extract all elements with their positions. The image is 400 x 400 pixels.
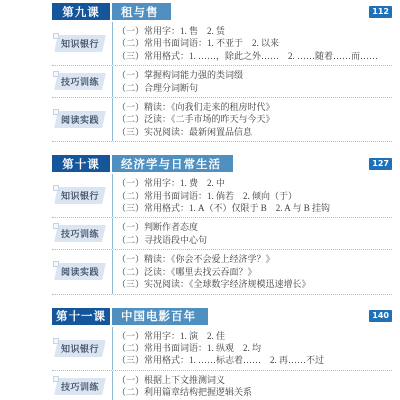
section-label-text: 阅读实践 <box>61 115 99 125</box>
label-corner-square-icon <box>53 185 59 191</box>
content-line: （二）泛读：《二手市场的昨天与今天》 <box>117 113 392 125</box>
lesson-number-tab: 第十课 <box>52 155 110 172</box>
section-label-column: 知识银行 <box>52 174 112 217</box>
lesson-header: 第九课租与售112 <box>52 3 392 20</box>
page-number-badge: 140 <box>369 310 392 322</box>
section-row: 阅读实践（一）精读：《你会不会爱上经济学？》（二）泛读：《哪里去找云吞面？》（三… <box>52 250 392 293</box>
section-label-text: 知识银行 <box>61 39 99 49</box>
lesson-title: 中国电影百年 <box>112 308 208 325</box>
section-row: 技巧训练（一）掌握构词能力强的类词缀（二）合理分词断句 <box>52 66 392 97</box>
content-line: （二）泛读：《哪里去找云吞面？》 <box>117 266 392 278</box>
content-line: （一）常用字：1. 费 2. 中 <box>117 177 392 189</box>
lesson-body: 知识银行（一）常用字：1. 演 2. 佳（二）常用书面词语：1. 纵观 2. 均… <box>52 327 392 400</box>
section-row: 技巧训练（一）判断作者态度（二）寻找语段中心句 <box>52 218 392 249</box>
content-line: （二）寻找语段中心句 <box>117 234 392 246</box>
section-label-text: 技巧训练 <box>61 77 99 87</box>
content-line: （一）常用字：1. 演 2. 佳 <box>117 330 392 342</box>
page-number-badge: 127 <box>369 158 392 170</box>
content-line: （一）常用字：1. 售 2. 赁 <box>117 25 392 37</box>
section-content: （一）常用字：1. 售 2. 赁（二）常用书面词语：1. 不亚于 2. 以来（三… <box>112 22 392 65</box>
section-label: 技巧训练 <box>56 378 104 395</box>
section-row: 阅读实践（一）精读：《向我们走来的租房时代》（二）泛读：《二手市场的昨天与今天》… <box>52 98 392 141</box>
lesson-header: 第十课经济学与日常生活127 <box>52 155 392 172</box>
section-content: （一）判断作者态度（二）寻找语段中心句 <box>112 218 392 249</box>
section-content: （一）常用字：1. 费 2. 中（二）常用书面词语：1. 倘若 2. 倾向（于）… <box>112 174 392 217</box>
lesson-header: 第十一课中国电影百年140 <box>52 308 392 325</box>
label-corner-square-icon <box>53 223 59 229</box>
lesson-title: 经济学与日常生活 <box>112 155 233 172</box>
content-line: （一）精读：《向我们走来的租房时代》 <box>117 101 392 113</box>
section-label: 阅读实践 <box>56 263 104 280</box>
section-label: 阅读实践 <box>56 111 104 128</box>
lesson-block: 第九课租与售112知识银行（一）常用字：1. 售 2. 赁（二）常用书面词语：1… <box>52 3 392 142</box>
label-corner-square-icon <box>53 33 59 39</box>
section-label: 知识银行 <box>56 340 104 357</box>
section-label: 知识银行 <box>56 35 104 52</box>
page-number-badge: 112 <box>369 6 392 18</box>
section-label-text: 阅读实践 <box>61 267 99 277</box>
label-corner-square-icon <box>53 261 59 267</box>
section-content: （一）精读：《向我们走来的租房时代》（二）泛读：《二手市场的昨天与今天》（三）实… <box>112 98 392 141</box>
content-line: （一）根据上下文推测词义 <box>117 374 392 386</box>
section-label-column: 知识银行 <box>52 22 112 65</box>
content-line: （三）常用格式：1. ……标志着…… 2. 再……不过 <box>117 354 392 366</box>
dotted-separator <box>52 141 392 142</box>
section-row: 技巧训练（一）根据上下文推测词义（二）利用篇章结构把握逻辑关系 <box>52 371 392 400</box>
section-label-text: 知识银行 <box>61 191 99 201</box>
lesson-block: 第十课经济学与日常生活127知识银行（一）常用字：1. 费 2. 中（二）常用书… <box>52 155 392 294</box>
section-content: （一）掌握构词能力强的类词缀（二）合理分词断句 <box>112 66 392 97</box>
section-label-column: 技巧训练 <box>52 371 112 400</box>
content-line: （二）利用篇章结构把握逻辑关系 <box>117 386 392 398</box>
dotted-separator <box>52 294 392 295</box>
label-corner-square-icon <box>53 376 59 382</box>
lesson-number-tab: 第十一课 <box>52 308 110 325</box>
label-corner-square-icon <box>53 109 59 115</box>
content-line: （一）精读：《你会不会爱上经济学？》 <box>117 253 392 265</box>
section-row: 知识银行（一）常用字：1. 演 2. 佳（二）常用书面词语：1. 纵观 2. 均… <box>52 327 392 370</box>
content-line: （三）实况阅读：《全球数字经济规模迅速增长》 <box>117 278 392 290</box>
section-label: 技巧训练 <box>56 73 104 90</box>
lesson-title: 租与售 <box>112 3 171 20</box>
section-label-column: 阅读实践 <box>52 98 112 141</box>
content-line: （三）实况阅读：最新闲置品信息 <box>117 126 392 138</box>
lesson-body: 知识银行（一）常用字：1. 售 2. 赁（二）常用书面词语：1. 不亚于 2. … <box>52 22 392 142</box>
content-line: （一）掌握构词能力强的类词缀 <box>117 69 392 81</box>
section-label-column: 技巧训练 <box>52 218 112 249</box>
section-content: （一）精读：《你会不会爱上经济学？》（二）泛读：《哪里去找云吞面？》（三）实况阅… <box>112 250 392 293</box>
lesson-number-tab: 第九课 <box>52 3 110 20</box>
section-label-column: 知识银行 <box>52 327 112 370</box>
content-line: （二）常用书面词语：1. 不亚于 2. 以来 <box>117 37 392 49</box>
label-corner-square-icon <box>53 338 59 344</box>
lesson-block: 第十一课中国电影百年140知识银行（一）常用字：1. 演 2. 佳（二）常用书面… <box>52 308 392 400</box>
content-line: （一）判断作者态度 <box>117 221 392 233</box>
section-label-text: 技巧训练 <box>61 229 99 239</box>
content-line: （三）常用格式：1. ……，除此之外…… 2. ……随着……而…… <box>117 50 392 62</box>
content-line: （二）常用书面词语：1. 纵观 2. 均 <box>117 342 392 354</box>
section-label-text: 知识银行 <box>61 344 99 354</box>
toc-page: 第九课租与售112知识银行（一）常用字：1. 售 2. 赁（二）常用书面词语：1… <box>0 0 400 400</box>
section-content: （一）根据上下文推测词义（二）利用篇章结构把握逻辑关系 <box>112 371 392 400</box>
content-line: （三）常用格式：1. A（不）仅限于 B 2. A 与 B 挂钩 <box>117 202 392 214</box>
section-label-column: 阅读实践 <box>52 250 112 293</box>
section-label: 技巧训练 <box>56 225 104 242</box>
section-content: （一）常用字：1. 演 2. 佳（二）常用书面词语：1. 纵观 2. 均（三）常… <box>112 327 392 370</box>
section-label-column: 技巧训练 <box>52 66 112 97</box>
section-row: 知识银行（一）常用字：1. 售 2. 赁（二）常用书面词语：1. 不亚于 2. … <box>52 22 392 65</box>
section-label: 知识银行 <box>56 187 104 204</box>
section-label-text: 技巧训练 <box>61 382 99 392</box>
lesson-body: 知识银行（一）常用字：1. 费 2. 中（二）常用书面词语：1. 倘若 2. 倾… <box>52 174 392 294</box>
section-row: 知识银行（一）常用字：1. 费 2. 中（二）常用书面词语：1. 倘若 2. 倾… <box>52 174 392 217</box>
label-corner-square-icon <box>53 71 59 77</box>
content-line: （二）常用书面词语：1. 倘若 2. 倾向（于） <box>117 190 392 202</box>
content-line: （二）合理分词断句 <box>117 82 392 94</box>
